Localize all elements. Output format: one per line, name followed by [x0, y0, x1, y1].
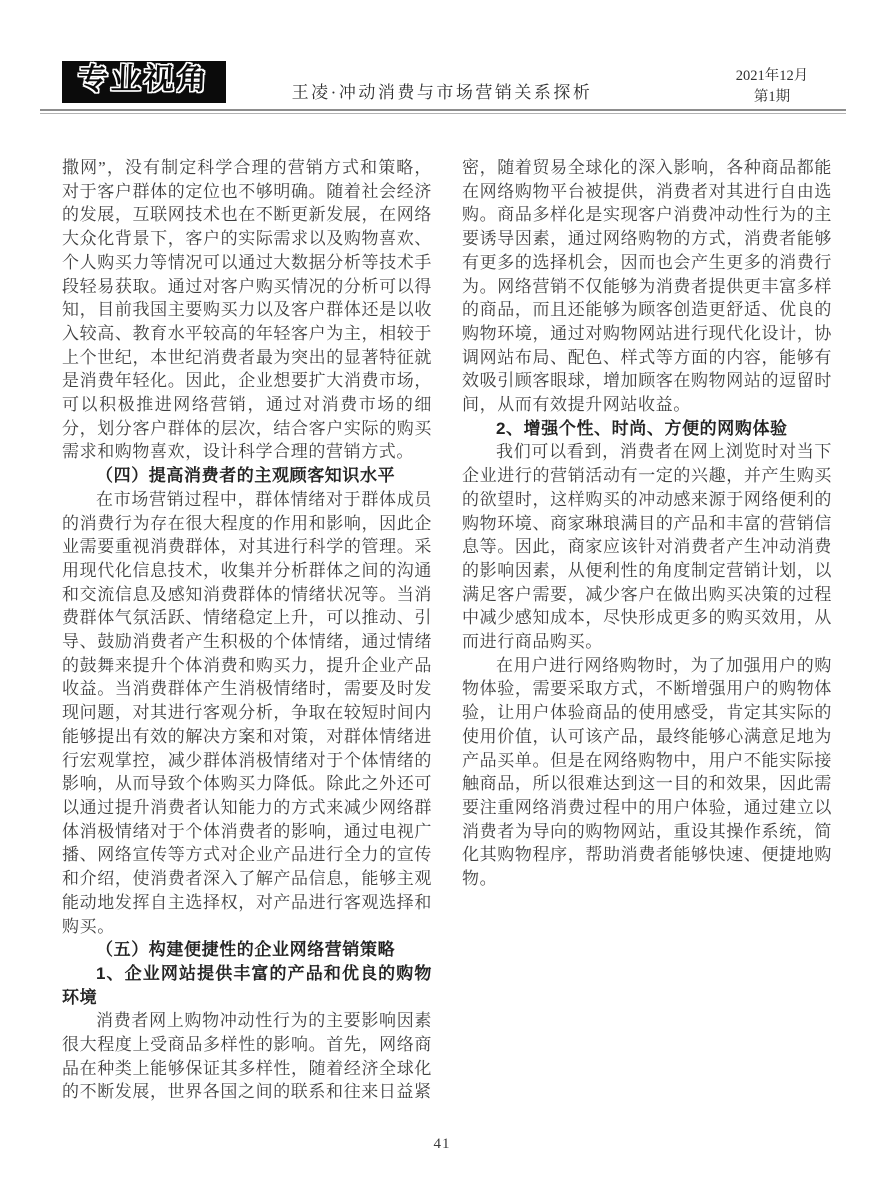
paragraph: 在市场营销过程中，群体情绪对于群体成员的消费行为存在很大程度的作用和影响，因此企…	[62, 488, 432, 938]
section-heading-four: （四）提高消费者的主观顾客知识水平	[62, 464, 432, 488]
journal-section-logo-text: 专业视角	[77, 54, 211, 98]
issue-date: 2021年12月	[712, 66, 832, 87]
subsection-heading-two: 2、增强个性、时尚、方便的网购体验	[462, 417, 832, 441]
left-column: 撒网”，没有制定科学合理的营销方式和策略，对于客户群体的定位也不够明确。随着社会…	[62, 156, 432, 1104]
issue-number: 第1期	[712, 87, 832, 108]
page-number: 41	[0, 1136, 884, 1153]
running-head-title: 王凌·冲动消费与市场营销关系探析	[292, 78, 593, 103]
paragraph-continued: 密，随着贸易全球化的深入影响，各种商品都能在网络购物平台被提供，消费者对其进行自…	[462, 156, 832, 417]
subsection-heading-one: 1、企业网站提供丰富的产品和优良的购物环境	[62, 962, 432, 1009]
article-body: 撒网”，没有制定科学合理的营销方式和策略，对于客户群体的定位也不够明确。随着社会…	[62, 156, 832, 1104]
paragraph: 消费者网上购物冲动性行为的主要影响因素很大程度上受商品多样性的影响。首先，网络商…	[62, 1009, 432, 1104]
paragraph: 我们可以看到，消费者在网上浏览时对当下企业进行的营销活动有一定的兴趣，并产生购买…	[462, 440, 832, 653]
paragraph-continued: 撒网”，没有制定科学合理的营销方式和策略，对于客户群体的定位也不够明确。随着社会…	[62, 156, 432, 464]
section-heading-five: （五）构建便捷性的企业网络营销策略	[62, 938, 432, 962]
header-divider	[40, 109, 846, 114]
right-column: 密，随着贸易全球化的深入影响，各种商品都能在网络购物平台被提供，消费者对其进行自…	[462, 156, 832, 1104]
journal-section-logo: 专业视角	[62, 61, 226, 103]
paragraph: 在用户进行网络购物时，为了加强用户的购物体验，需要采取方式，不断增强用户的购物体…	[462, 654, 832, 891]
issue-info: 2021年12月 第1期	[712, 66, 832, 108]
journal-page: 专业视角 王凌·冲动消费与市场营销关系探析 2021年12月 第1期 撒网”，没…	[0, 0, 884, 1200]
